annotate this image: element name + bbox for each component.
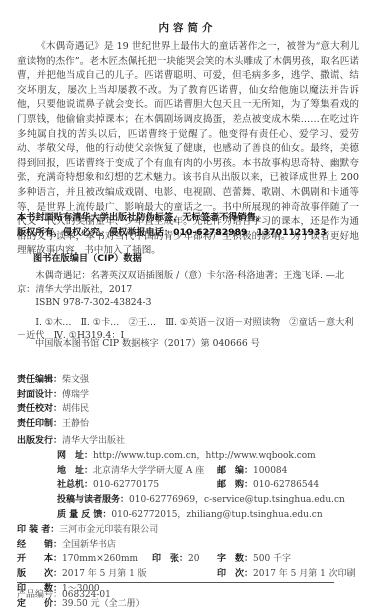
staff-row-cover-design: 封面设计：傅瑞学 bbox=[17, 388, 89, 403]
postcode-field: 邮 编：100084 bbox=[217, 464, 287, 479]
sheets-value: 20 bbox=[188, 554, 199, 564]
publisher-name: 清华大学出版社 bbox=[62, 436, 125, 446]
staff-value: 傅瑞学 bbox=[62, 390, 89, 400]
sheets-label: 印 张： bbox=[152, 554, 188, 564]
cip-catalog-entry: 木偶奇遇记：名著英汉双语插图版 /（意）卡尔洛·科洛迪著；王逸飞译. —北京：清… bbox=[17, 269, 359, 296]
staff-row-proofreader: 责任校对：胡伟民 bbox=[17, 402, 89, 417]
staff-label: 责任印制： bbox=[17, 419, 62, 429]
reader-service-label: 投稿与读者服务： bbox=[57, 495, 129, 505]
reader-service-value: 010-62776969，c-service@tup.tsinghua.edu.… bbox=[129, 495, 345, 505]
staff-row-printing-supervisor: 责任印制：王静怡 bbox=[17, 417, 89, 432]
edition-value: 2017 年 5 月第 1 版 bbox=[62, 569, 147, 579]
word-count-value: 500 千字 bbox=[253, 554, 291, 564]
printer-row: 印 装 者：三河市金元印装有限公司 bbox=[17, 523, 362, 538]
distributor-label: 经 销： bbox=[17, 540, 62, 550]
anti-piracy-notice: 本书封面贴有清华大学出版社防伪标签，无标签者不得销售。 版权所有，侵权必究。侵权… bbox=[17, 210, 357, 240]
staff-label: 责任校对： bbox=[17, 404, 62, 414]
quality-feedback-label: 质 量 反 馈： bbox=[57, 510, 111, 520]
staff-label: 封面设计： bbox=[17, 390, 62, 400]
staff-label: 责任编辑： bbox=[17, 375, 62, 385]
publisher-row: 出版发行：清华大学出版社 bbox=[17, 434, 362, 449]
staff-credits: 责任编辑：柴文强 封面设计：傅瑞学 责任校对：胡伟民 责任印制：王静怡 bbox=[17, 373, 89, 431]
website-label: 网 址： bbox=[57, 451, 93, 461]
format-row: 开 本：170mm×260mm 印 张：20 字 数：500 千字 bbox=[17, 552, 362, 567]
distributor-value: 全国新华书店 bbox=[62, 540, 116, 550]
edition-row: 版 次：2017 年 5 月第 1 版 印 次：2017 年 5 月第 1 次印… bbox=[17, 567, 362, 582]
switchboard-row: 社总机：010-62770175 邮 购：010-62786544 bbox=[17, 478, 362, 493]
postcode-label: 邮 编： bbox=[217, 466, 253, 476]
publisher-label: 出版发行： bbox=[17, 436, 62, 446]
mailorder-value: 010-62786544 bbox=[253, 480, 319, 490]
staff-row-editor: 责任编辑：柴文强 bbox=[17, 373, 89, 388]
price-label: 定 价： bbox=[17, 599, 62, 609]
impression-label: 印 次： bbox=[217, 569, 253, 579]
reader-service-row: 投稿与读者服务：010-62776969，c-service@tup.tsing… bbox=[17, 493, 362, 508]
impression-value: 2017 年 5 月第 1 次印刷 bbox=[253, 569, 356, 579]
product-code-value: 068324-01 bbox=[62, 590, 111, 600]
mailorder-field: 邮 购：010-62786544 bbox=[217, 478, 319, 493]
page-title: 内容简介 bbox=[0, 20, 375, 35]
address-value: 北京清华大学学研大厦 A 座 bbox=[93, 466, 204, 476]
staff-value: 胡伟民 bbox=[62, 404, 89, 414]
product-code-label: 产品编号： bbox=[17, 590, 62, 600]
word-count-field: 字 数：500 千字 bbox=[217, 552, 291, 567]
copyright-hotline-notice: 版权所有，侵权必究。侵权举报电话：010-62782989 1370112193… bbox=[17, 225, 357, 240]
switchboard-label: 社总机： bbox=[57, 480, 93, 490]
quality-feedback-value: 010-62772015，zhiliang@tup.tsinghua.edu.c… bbox=[111, 510, 322, 520]
horizontal-rule bbox=[17, 582, 334, 583]
publication-info: 出版发行：清华大学出版社 网 址：http://www.tup.com.cn，h… bbox=[17, 434, 362, 612]
mailorder-label: 邮 购： bbox=[217, 480, 253, 490]
staff-value: 王静怡 bbox=[62, 419, 89, 429]
website-row: 网 址：http://www.tup.com.cn，http://www.wqb… bbox=[17, 449, 362, 464]
cip-heading: 图书在版编目（CIP）数据 bbox=[33, 250, 142, 264]
format-label: 开 本： bbox=[17, 554, 62, 564]
format-value: 170mm×260mm bbox=[62, 554, 138, 564]
address-label: 地 址： bbox=[57, 466, 93, 476]
website-links: http://www.tup.com.cn，http://www.wqbook.… bbox=[93, 451, 316, 461]
switchboard-value: 010-62770175 bbox=[93, 480, 159, 490]
quality-feedback-row: 质 量 反 馈：010-62772015，zhiliang@tup.tsingh… bbox=[17, 508, 362, 523]
printer-value: 三河市金元印装有限公司 bbox=[59, 525, 158, 535]
word-count-label: 字 数： bbox=[217, 554, 253, 564]
printer-label: 印 装 者： bbox=[17, 525, 59, 535]
impression-field: 印 次：2017 年 5 月第 1 次印刷 bbox=[217, 567, 356, 582]
distributor-row: 经 销：全国新华书店 bbox=[17, 538, 362, 553]
anti-counterfeit-label-notice: 本书封面贴有清华大学出版社防伪标签，无标签者不得销售。 bbox=[17, 210, 357, 225]
edition-label: 版 次： bbox=[17, 569, 62, 579]
postcode-value: 100084 bbox=[253, 466, 287, 476]
isbn: ISBN 978-7-302-43824-3 bbox=[17, 296, 359, 310]
cip-record: 木偶奇遇记：名著英汉双语插图版 /（意）卡尔洛·科洛迪著；王逸飞译. —北京：清… bbox=[17, 269, 359, 343]
address-row: 地 址：北京清华大学学研大厦 A 座 邮 编：100084 bbox=[17, 464, 362, 479]
product-code: 产品编号：068324-01 bbox=[17, 587, 111, 600]
staff-value: 柴文强 bbox=[62, 375, 89, 385]
cip-verification-number: 中国版本图书馆 CIP 数据核字（2017）第 040666 号 bbox=[35, 335, 260, 349]
sheets-field: 印 张：20 bbox=[152, 552, 199, 567]
price-value: 39.50 元（全二册） bbox=[62, 599, 145, 609]
copyright-page: 内容简介 《木偶奇遇记》是 19 世纪世界上最伟大的童话著作之一，被誉为“意大利… bbox=[0, 0, 375, 616]
